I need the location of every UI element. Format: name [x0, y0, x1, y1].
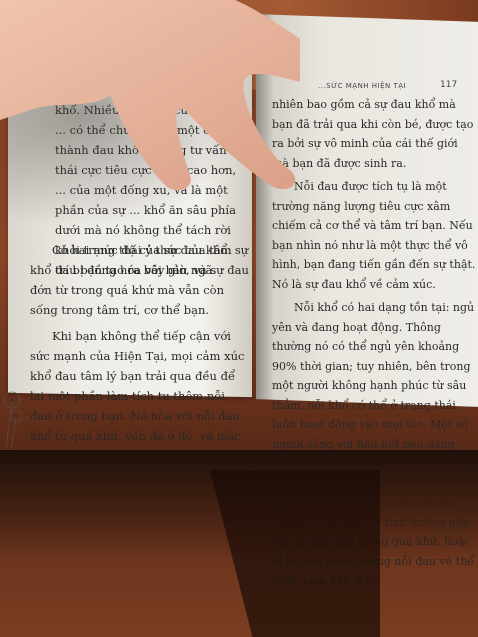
right-paragraph-2: Nỗi đau được tích tụ là một trường năng … [272, 177, 478, 294]
dandelion-illustration-icon [2, 390, 32, 450]
right-paragraph-1: nhiên bao gồm cả sự đau khổ mà bạn đã tr… [272, 95, 478, 173]
running-header: ...SỨC MẠNH HIỆN TẠI [318, 82, 406, 90]
page-number: 117 [440, 80, 457, 90]
left-paragraph-2: Có hai mức độ của sự đau khổ: sự khổ đau… [30, 240, 250, 320]
